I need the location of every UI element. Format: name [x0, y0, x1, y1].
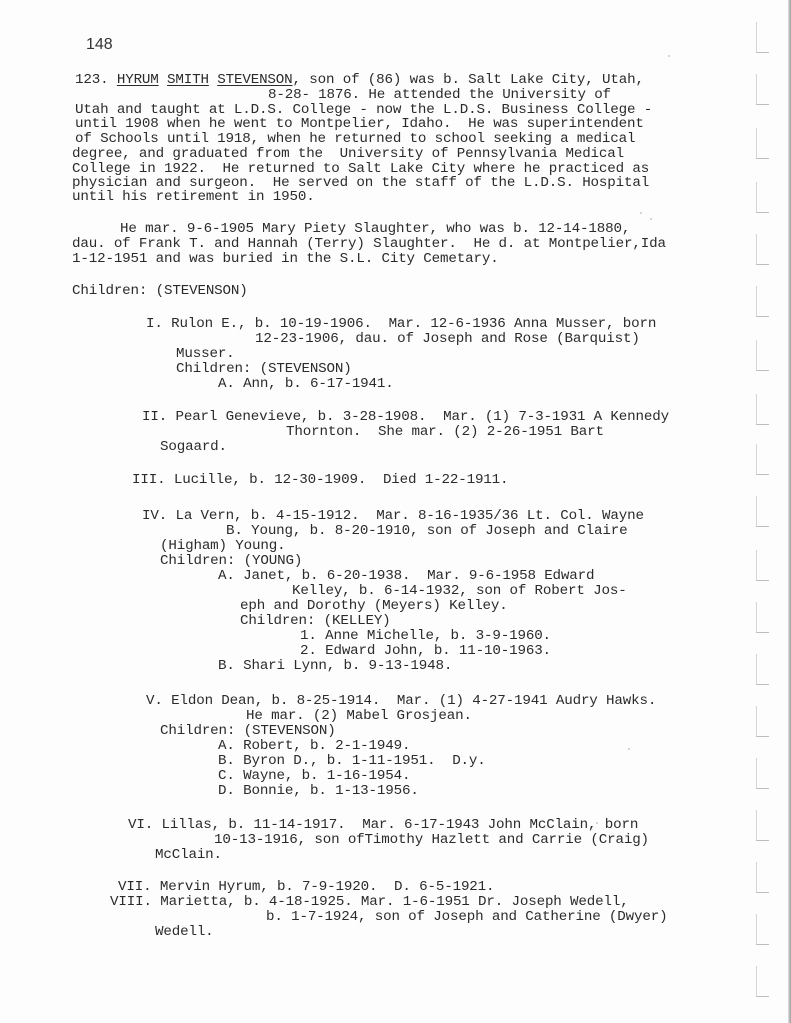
child-line: Sogaard. [160, 440, 227, 455]
children-heading: Children: (STEVENSON) [72, 284, 248, 299]
child-line: Musser. [176, 347, 235, 362]
child-line: Marietta, b. 4-18-1925. Mar. 1-6-1951 Dr… [160, 894, 628, 910]
scan-speck [640, 212, 642, 214]
binder-tab-mark [756, 758, 769, 789]
grandchildren-heading: Children: (STEVENSON) [176, 362, 352, 377]
grandchild-line: B. Byron D., b. 1-11-1951. D.y. [218, 754, 486, 769]
scan-speck [650, 218, 652, 220]
child-line: Mervin Hyrum, b. 7-9-1920. D. 6-5-1921. [160, 879, 495, 895]
child-line: 12-23-1906, dau. of Joseph and Rose (Bar… [255, 332, 640, 347]
great-grandchild-line: 1. Anne Michelle, b. 3-9-1960. [300, 629, 551, 644]
grandchild-line: eph and Dorothy (Meyers) Kelley. [240, 599, 508, 614]
child-line: b. 1-7-1924, son of Joseph and Catherine… [266, 910, 667, 925]
entry-heading: 123. HYRUM SMITH STEVENSON, son of (86) … [75, 73, 644, 88]
binder-tab-mark [756, 810, 769, 841]
child-line: Pearl Genevieve, b. 3-28-1908. Mar. (1) … [175, 409, 668, 425]
binder-tab-mark [756, 966, 769, 997]
grandchild-line: Kelley, b. 6-14-1932, son of Robert Jos- [292, 584, 627, 599]
binder-tab-mark [756, 340, 769, 371]
binder-tab-mark [756, 394, 769, 425]
child-line: Thornton. She mar. (2) 2-26-1951 Bart [286, 425, 604, 440]
document-page: 148 123. HYRUM SMITH STEVENSON, son of (… [0, 0, 791, 1023]
binder-tab-mark [756, 496, 769, 527]
child-line: Wedell. [155, 925, 214, 940]
child-line: McClain. [155, 848, 222, 863]
child-numeral: V. [146, 693, 163, 709]
entry-line: until his retirement in 1950. [72, 190, 315, 205]
entry-line: 8-28- 1876. He attended the University o… [268, 88, 611, 103]
binder-tab-mark [756, 234, 769, 265]
child-II: II. Pearl Genevieve, b. 3-28-1908. Mar. … [142, 410, 669, 425]
great-grandchild-line: 2. Edward John, b. 11-10-1963. [300, 644, 551, 659]
scan-speck [628, 748, 630, 750]
child-numeral: I. [146, 316, 163, 332]
entry-line: , son of (86) was b. Salt Lake City, Uta… [293, 72, 644, 88]
child-line: (Higham) Young. [160, 539, 285, 554]
child-line: 10-13-1916, son ofTimothy Hazlett and Ca… [214, 833, 649, 848]
grandchild-line: A. Janet, b. 6-20-1938. Mar. 9-6-1958 Ed… [218, 569, 594, 584]
child-numeral: II. [142, 409, 167, 425]
entry-name-first: HYRUM [117, 72, 159, 88]
entry-line: degree, and graduated from the Universit… [72, 147, 624, 162]
binder-tab-mark [756, 22, 769, 53]
binder-tab-mark [756, 550, 769, 581]
child-IV: IV. La Vern, b. 4-15-1912. Mar. 8-16-193… [142, 509, 644, 524]
scan-speck [668, 55, 670, 57]
child-numeral: III. [132, 472, 165, 488]
grandchild-line: B. Shari Lynn, b. 9-13-1948. [218, 659, 452, 674]
child-numeral: VI. [128, 817, 153, 833]
marriage-line: 1-12-1951 and was buried in the S.L. Cit… [72, 252, 499, 267]
child-numeral: VIII. [110, 894, 152, 910]
child-line: Rulon E., b. 10-19-1906. Mar. 12-6-1936 … [171, 316, 656, 332]
binder-tab-mark [756, 602, 769, 633]
grandchildren-heading: Children: (YOUNG) [160, 554, 302, 569]
child-numeral: IV. [142, 508, 167, 524]
grandchild-line: A. Robert, b. 2-1-1949. [218, 739, 410, 754]
child-line: Lucille, b. 12-30-1909. Died 1-22-1911. [174, 472, 509, 488]
scan-speck [596, 822, 598, 824]
child-I: I. Rulon E., b. 10-19-1906. Mar. 12-6-19… [146, 317, 656, 332]
binder-tab-mark [756, 286, 769, 317]
marriage-line: dau. of Frank T. and Hannah (Terry) Slau… [72, 237, 666, 252]
binder-tab-mark [756, 128, 769, 159]
child-line: Lillas, b. 11-14-1917. Mar. 6-17-1943 Jo… [161, 817, 638, 833]
page-number: 148 [86, 36, 113, 54]
binder-tab-mark [756, 444, 769, 475]
binder-tab-mark [756, 182, 769, 213]
binder-tab-mark [756, 706, 769, 737]
binder-tab-mark [756, 862, 769, 893]
binder-tab-mark [756, 654, 769, 685]
child-line: La Vern, b. 4-15-1912. Mar. 8-16-1935/36… [175, 508, 643, 524]
entry-name-middle: SMITH [167, 72, 209, 88]
grandchild-line: D. Bonnie, b. 1-13-1956. [218, 784, 419, 799]
child-VI: VI. Lillas, b. 11-14-1917. Mar. 6-17-194… [128, 818, 638, 833]
binder-tab-mark [756, 914, 769, 945]
child-VII: VII. Mervin Hyrum, b. 7-9-1920. D. 6-5-1… [118, 880, 494, 895]
entry-line: until 1908 when he went to Montpelier, I… [75, 117, 644, 132]
child-III: III. Lucille, b. 12-30-1909. Died 1-22-1… [132, 473, 508, 488]
child-line: Eldon Dean, b. 8-25-1914. Mar. (1) 4-27-… [171, 693, 656, 709]
grandchild-line: C. Wayne, b. 1-16-1954. [218, 769, 410, 784]
grandchildren-heading: Children: (STEVENSON) [160, 724, 336, 739]
child-VIII: VIII. Marietta, b. 4-18-1925. Mar. 1-6-1… [110, 895, 629, 910]
child-line: He mar. (2) Mabel Grosjean. [246, 709, 472, 724]
great-grandchildren-heading: Children: (KELLEY) [240, 614, 391, 629]
entry-number: 123. [75, 72, 108, 88]
child-V: V. Eldon Dean, b. 8-25-1914. Mar. (1) 4-… [146, 694, 656, 709]
entry-name-last: STEVENSON [217, 72, 292, 88]
child-numeral: VII. [118, 879, 151, 895]
child-line: B. Young, b. 8-20-1910, son of Joseph an… [226, 524, 627, 539]
marriage-line: He mar. 9-6-1905 Mary Piety Slaughter, w… [120, 222, 630, 237]
binder-tab-mark [756, 74, 769, 105]
grandchild-line: A. Ann, b. 6-17-1941. [218, 377, 394, 392]
entry-line: of Schools until 1918, when he returned … [75, 132, 635, 147]
